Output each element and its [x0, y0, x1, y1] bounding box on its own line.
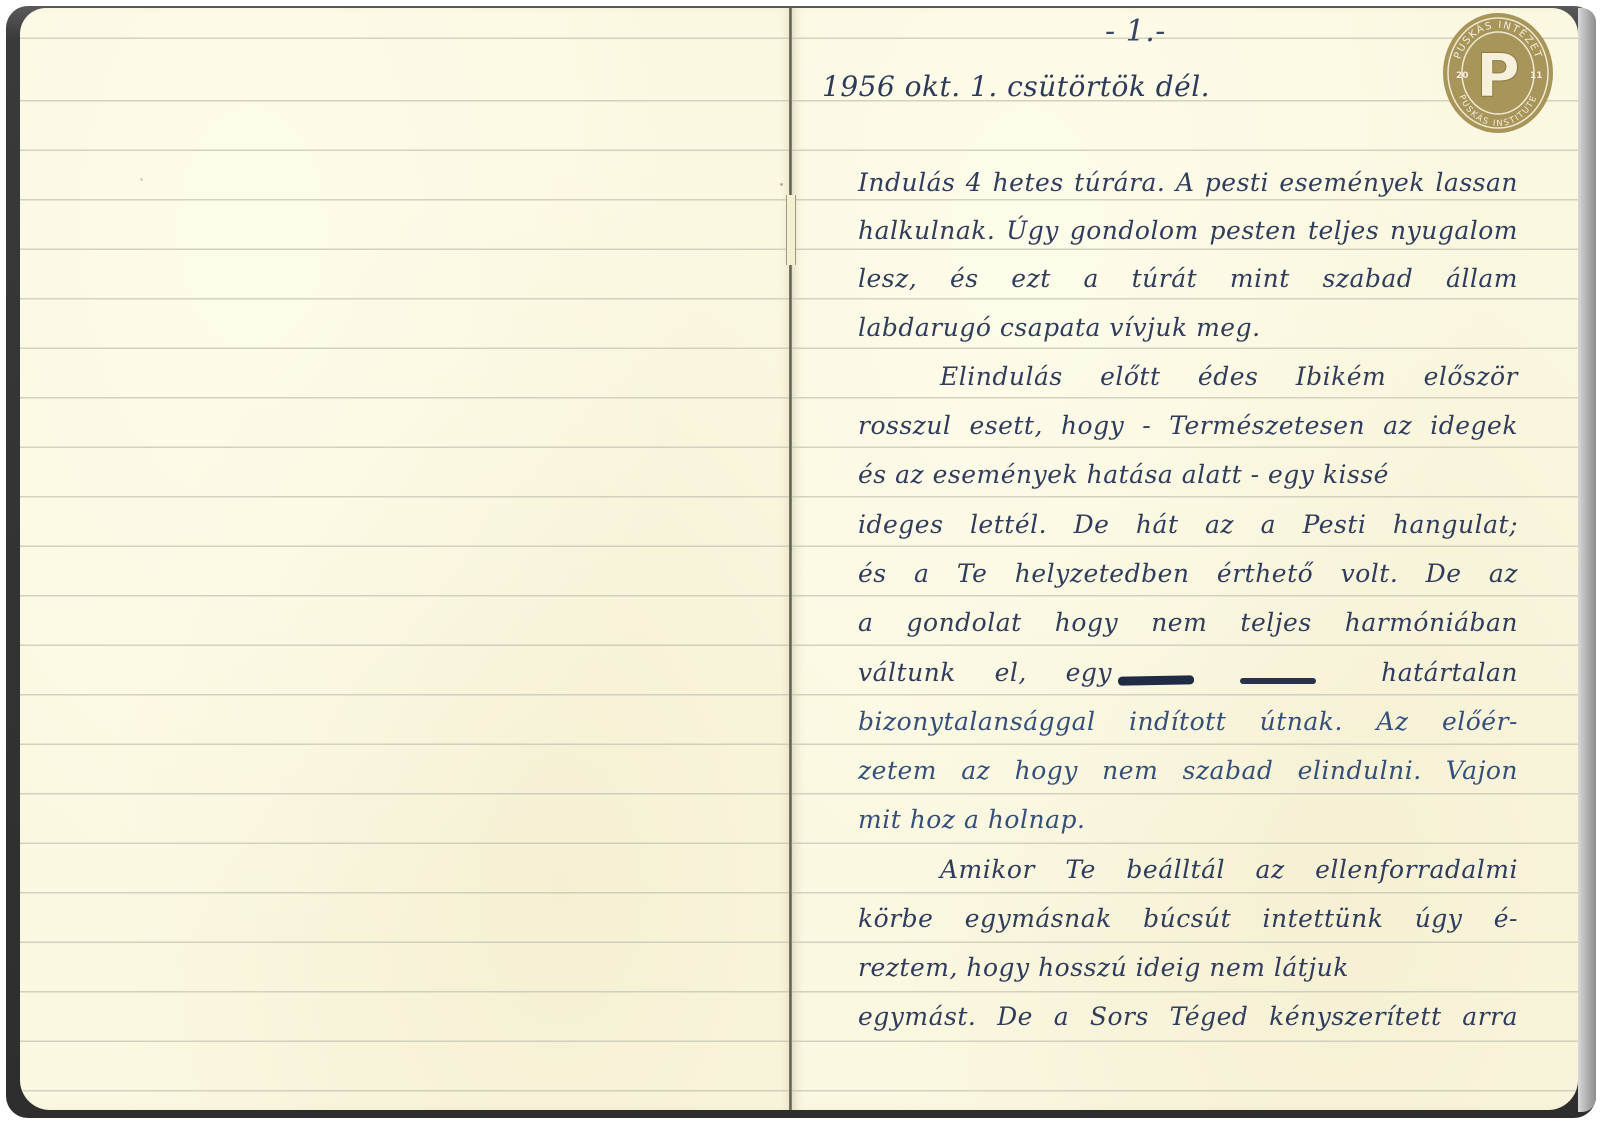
page-number: - 1.-	[1105, 14, 1166, 49]
diary-line: egymást. De a Sors Téged kényszerített a…	[858, 1002, 1518, 1031]
notebook-spine	[789, 8, 792, 1110]
diary-line: és a Te helyzetedben érthető volt. De az	[858, 559, 1518, 588]
binding-thread	[786, 195, 796, 265]
paper-speck	[140, 178, 143, 181]
diary-line: ideges lettél. De hát az a Pesti hangula…	[858, 510, 1518, 539]
diary-line: zetem az hogy nem szabad elindulni. Vajo…	[858, 756, 1518, 785]
diary-line: és az események hatása alatt - egy kissé	[858, 460, 1518, 489]
diary-line: Amikor Te beálltál az ellenforradalmi	[940, 855, 1518, 884]
svg-text:11: 11	[1530, 71, 1543, 81]
diary-line: Indulás 4 hetes túrára. A pesti eseménye…	[858, 168, 1518, 197]
diary-line: mit hoz a holnap.	[858, 805, 1518, 834]
diary-line: bizonytalansággal indított útnak. Az elő…	[858, 707, 1518, 736]
scanned-notebook: - 1.- 1956 okt. 1. csütörtök dél. Indulá…	[0, 0, 1600, 1131]
date-heading: 1956 okt. 1. csütörtök dél.	[822, 70, 1210, 103]
svg-text:20: 20	[1456, 71, 1469, 81]
diary-line: a gondolat hogy nem teljes harmóniában	[858, 608, 1518, 637]
diary-line: Elindulás előtt édes Ibikém először	[940, 362, 1518, 391]
diary-line: lesz, és ezt a túrát mint szabad állam	[858, 264, 1518, 293]
diary-line: rosszul esett, hogy - Természetesen az i…	[858, 411, 1518, 440]
ruled-lines	[20, 8, 792, 1110]
diary-line: körbe egymásnak búcsút intettünk úgy é-	[858, 904, 1518, 933]
svg-text:P: P	[1476, 41, 1520, 111]
left-page	[20, 8, 792, 1110]
paper-speck	[780, 183, 783, 186]
diary-line: halkulnak. Úgy gondolom pesten teljes ny…	[858, 216, 1518, 245]
diary-line: reztem, hogy hosszú ideig nem látjuk	[858, 953, 1518, 982]
diary-line: labdarugó csapata vívjuk meg.	[858, 313, 1518, 342]
ink-strikethrough	[1240, 678, 1316, 684]
puskas-institute-seal-logo: PUSKÁS INTÉZET PUSKÁS INSTITUTE P 20 11	[1442, 12, 1554, 134]
cover-edge	[1578, 8, 1596, 1112]
ink-strikethrough	[1118, 675, 1194, 685]
